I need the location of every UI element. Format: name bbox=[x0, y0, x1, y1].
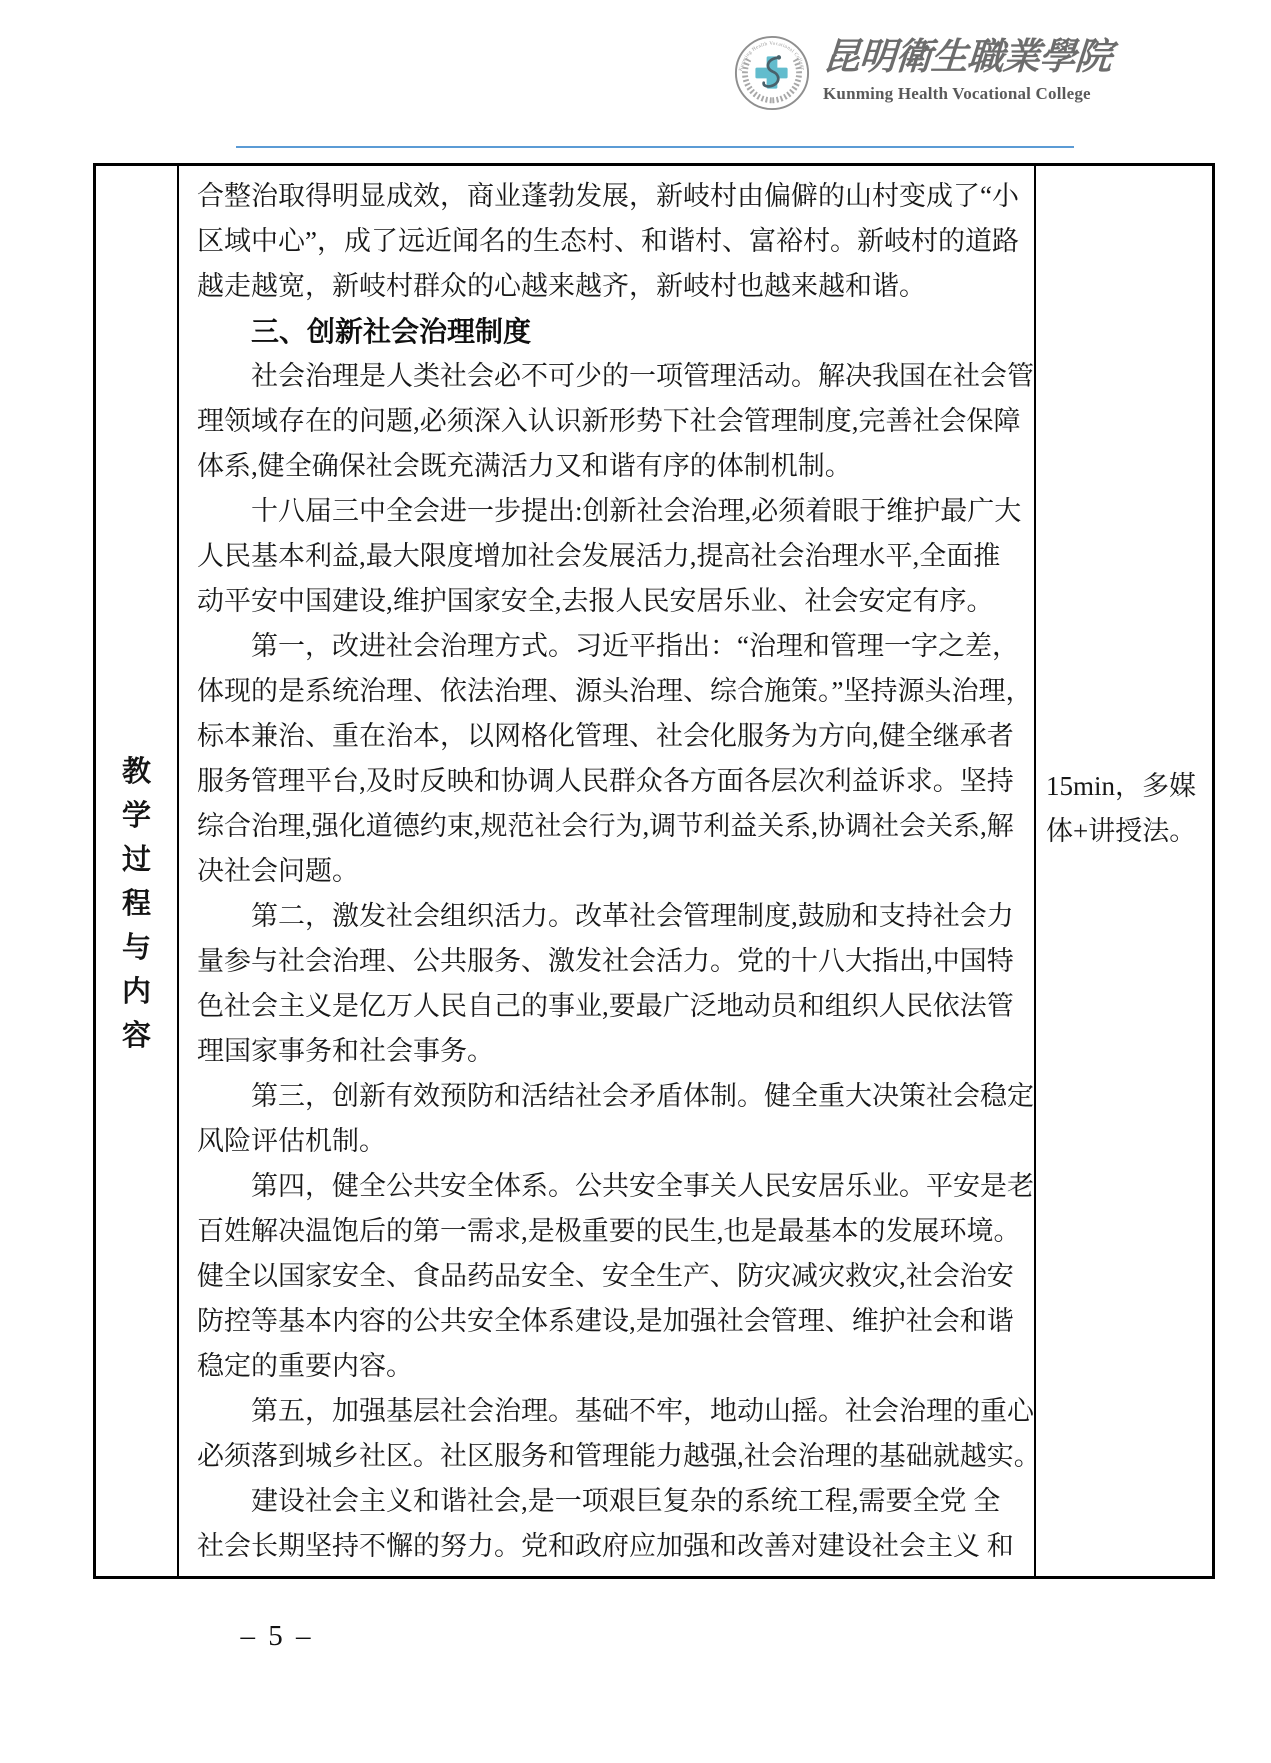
page-number: – 5 – bbox=[222, 1620, 332, 1653]
content-line: 健全以国家安全、食品药品安全、安全生产、防灾减灾救灾,社会治安 bbox=[197, 1254, 1026, 1299]
content-line: 区域中心”，成了远近闻名的生态村、和谐村、富裕村。新岐村的道路 bbox=[197, 219, 1026, 264]
content-line: 第二，激发社会组织活力。改革社会管理制度,鼓励和支持社会力 bbox=[197, 894, 1026, 939]
content-line: 防控等基本内容的公共安全体系建设,是加强社会管理、维护社会和谐 bbox=[197, 1299, 1026, 1344]
college-names: 昆明衛生職業學院 Kunming Health Vocational Colle… bbox=[823, 34, 1111, 104]
college-name-cn: 昆明衛生職業學院 bbox=[822, 38, 1113, 79]
content-line: 第一，改进社会治理方式。习近平指出：“治理和管理一字之差， bbox=[197, 624, 1026, 669]
content-line: 第四，健全公共安全体系。公共安全事关人民安居乐业。平安是老 bbox=[197, 1164, 1026, 1209]
content-line: 越走越宽，新岐村群众的心越来越齐，新岐村也越来越和谐。 bbox=[197, 264, 1026, 309]
college-brand: Kunming Health Vocational College 昆明衛生職業… bbox=[733, 34, 1111, 112]
row-header-char: 程 bbox=[96, 882, 177, 926]
college-seal-icon: Kunming Health Vocational College bbox=[733, 34, 811, 112]
time-method-note: 15min，多媒体+讲授法。 bbox=[1046, 764, 1206, 854]
content-line: 第三，创新有效预防和活结社会矛盾体制。健全重大决策社会稳定 bbox=[197, 1074, 1026, 1119]
row-header-char: 教 bbox=[96, 750, 177, 794]
content-line: 服务管理平台,及时反映和协调人民群众各方面各层次利益诉求。坚持 bbox=[197, 759, 1026, 804]
content-line: 动平安中国建设,维护国家安全,去报人民安居乐业、社会安定有序。 bbox=[197, 579, 1026, 624]
content-line: 合整治取得明显成效，商业蓬勃发展，新岐村由偏僻的山村变成了“小 bbox=[197, 174, 1026, 219]
content-line: 建设社会主义和谐社会,是一项艰巨复杂的系统工程,需要全党 全 bbox=[197, 1479, 1026, 1524]
row-header-char: 过 bbox=[96, 838, 177, 882]
content-line: 体现的是系统治理、依法治理、源头治理、综合施策。”坚持源头治理， bbox=[197, 669, 1026, 714]
content-line: 决社会问题。 bbox=[197, 849, 1026, 894]
row-header-teaching-process: 教学过程与内容 bbox=[96, 166, 179, 1576]
content-line: 综合治理,强化道德约束,规范社会行为,调节利益关系,协调社会关系,解 bbox=[197, 804, 1026, 849]
time-method-cell: 15min，多媒体+讲授法。 bbox=[1034, 166, 1212, 1576]
content-line: 三、创新社会治理制度 bbox=[197, 309, 1026, 354]
content-line: 社会治理是人类社会必不可少的一项管理活动。解决我国在社会管 bbox=[197, 354, 1026, 399]
row-header-char: 内 bbox=[96, 970, 177, 1014]
row-header-char: 与 bbox=[96, 926, 177, 970]
content-line: 风险评估机制。 bbox=[197, 1119, 1026, 1164]
row-header-char: 学 bbox=[96, 794, 177, 838]
content-line: 百姓解决温饱后的第一需求,是极重要的民生,也是最基本的发展环境。 bbox=[197, 1209, 1026, 1254]
header-divider-rule bbox=[236, 146, 1074, 148]
content-line: 标本兼治、重在治本，以网格化管理、社会化服务为方向,健全继承者 bbox=[197, 714, 1026, 759]
content-line: 理国家事务和社会事务。 bbox=[197, 1029, 1026, 1074]
lesson-plan-table: 教学过程与内容 合整治取得明显成效，商业蓬勃发展，新岐村由偏僻的山村变成了“小区… bbox=[93, 163, 1215, 1579]
content-line: 体系,健全确保社会既充满活力又和谐有序的体制机制。 bbox=[197, 444, 1026, 489]
content-line: 人民基本利益,最大限度增加社会发展活力,提高社会治理水平,全面推 bbox=[197, 534, 1026, 579]
row-header-char: 容 bbox=[96, 1014, 177, 1058]
content-line: 理领域存在的问题,必须深入认识新形势下社会管理制度,完善社会保障 bbox=[197, 399, 1026, 444]
content-line: 稳定的重要内容。 bbox=[197, 1344, 1026, 1389]
content-line: 必须落到城乡社区。社区服务和管理能力越强,社会治理的基础就越实。 bbox=[197, 1434, 1026, 1479]
document-page: Kunming Health Vocational College 昆明衛生職業… bbox=[0, 0, 1271, 1763]
content-line: 社会长期坚持不懈的努力。党和政府应加强和改善对建设社会主义 和 bbox=[197, 1524, 1026, 1569]
content-line: 量参与社会治理、公共服务、激发社会活力。党的十八大指出,中国特 bbox=[197, 939, 1026, 984]
college-name-en: Kunming Health Vocational College bbox=[823, 84, 1111, 104]
content-line: 十八届三中全会进一步提出:创新社会治理,必须着眼于维护最广大 bbox=[197, 489, 1026, 534]
content-line: 色社会主义是亿万人民自己的事业,要最广泛地动员和组织人民依法管 bbox=[197, 984, 1026, 1029]
teaching-content-cell: 合整治取得明显成效，商业蓬勃发展，新岐村由偏僻的山村变成了“小区域中心”，成了远… bbox=[179, 166, 1034, 1576]
content-line: 第五，加强基层社会治理。基础不牢，地动山摇。社会治理的重心 bbox=[197, 1389, 1026, 1434]
